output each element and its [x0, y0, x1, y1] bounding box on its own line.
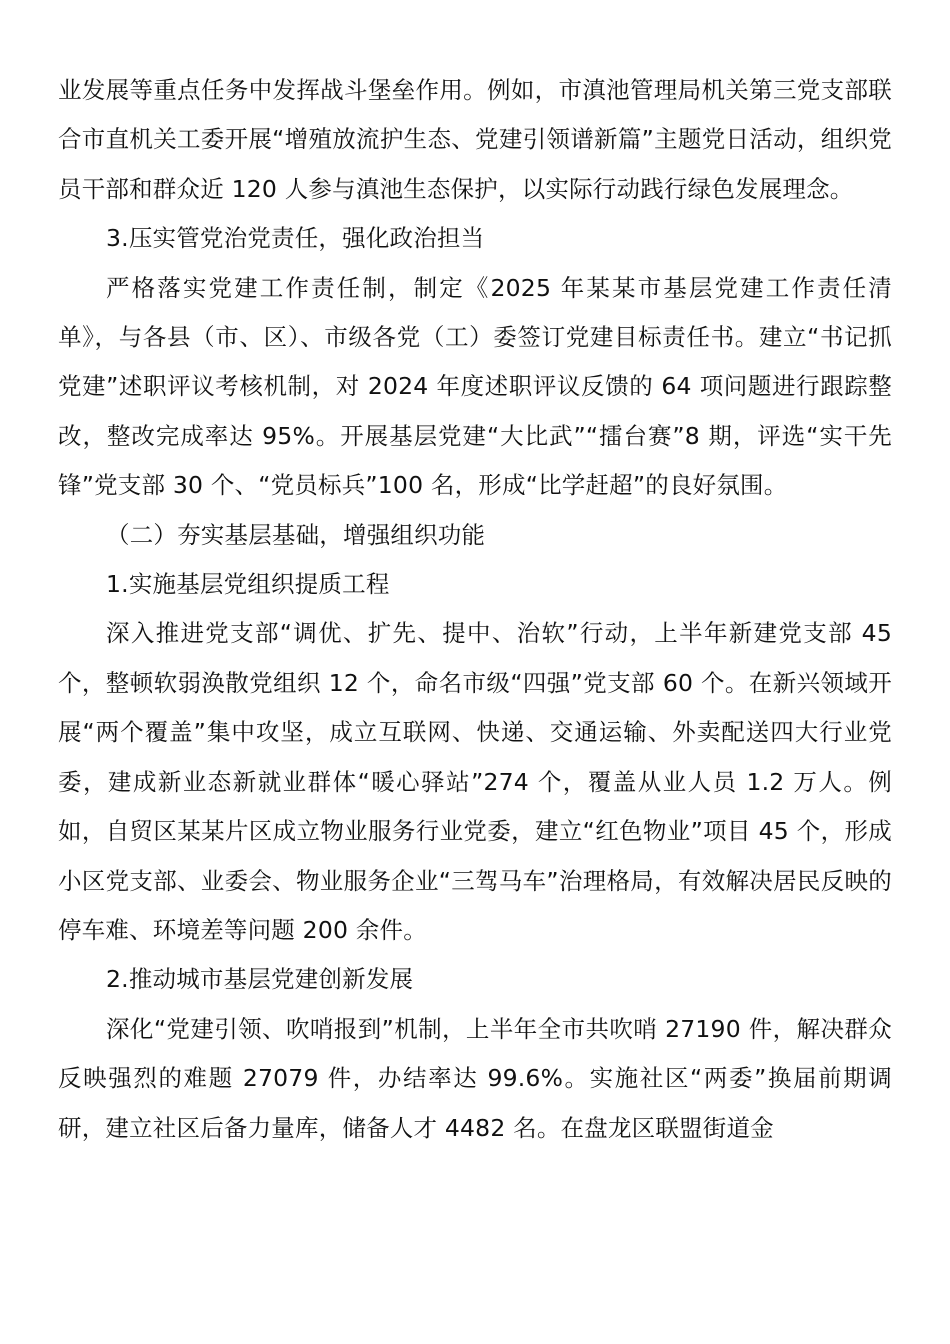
body-paragraph-continued: 业发展等重点任务中发挥战斗堡垒作用。例如，市滇池管理局机关第三党支部联合市直机关… — [58, 66, 892, 214]
document-page: 业发展等重点任务中发挥战斗堡垒作用。例如，市滇池管理局机关第三党支部联合市直机关… — [58, 66, 892, 1153]
body-paragraph-urban-innovation: 深化“党建引领、吹哨报到”机制，上半年全市共吹哨 27190 件，解决群众反映强… — [58, 1005, 892, 1153]
section-heading-3-2: 1.实施基层党组织提质工程 — [58, 560, 892, 609]
body-paragraph-quality-project: 深入推进党支部“调优、扩先、提中、治软”行动，上半年新建党支部 45 个，整顿软… — [58, 609, 892, 955]
section-heading-3-3: 2.推动城市基层党建创新发展 — [58, 955, 892, 1004]
section-heading-2: （二）夯实基层基础，增强组织功能 — [58, 511, 892, 560]
body-paragraph-responsibility: 严格落实党建工作责任制，制定《2025 年某某市基层党建工作责任清单》，与各县（… — [58, 264, 892, 511]
section-heading-3-1: 3.压实管党治党责任，强化政治担当 — [58, 214, 892, 263]
